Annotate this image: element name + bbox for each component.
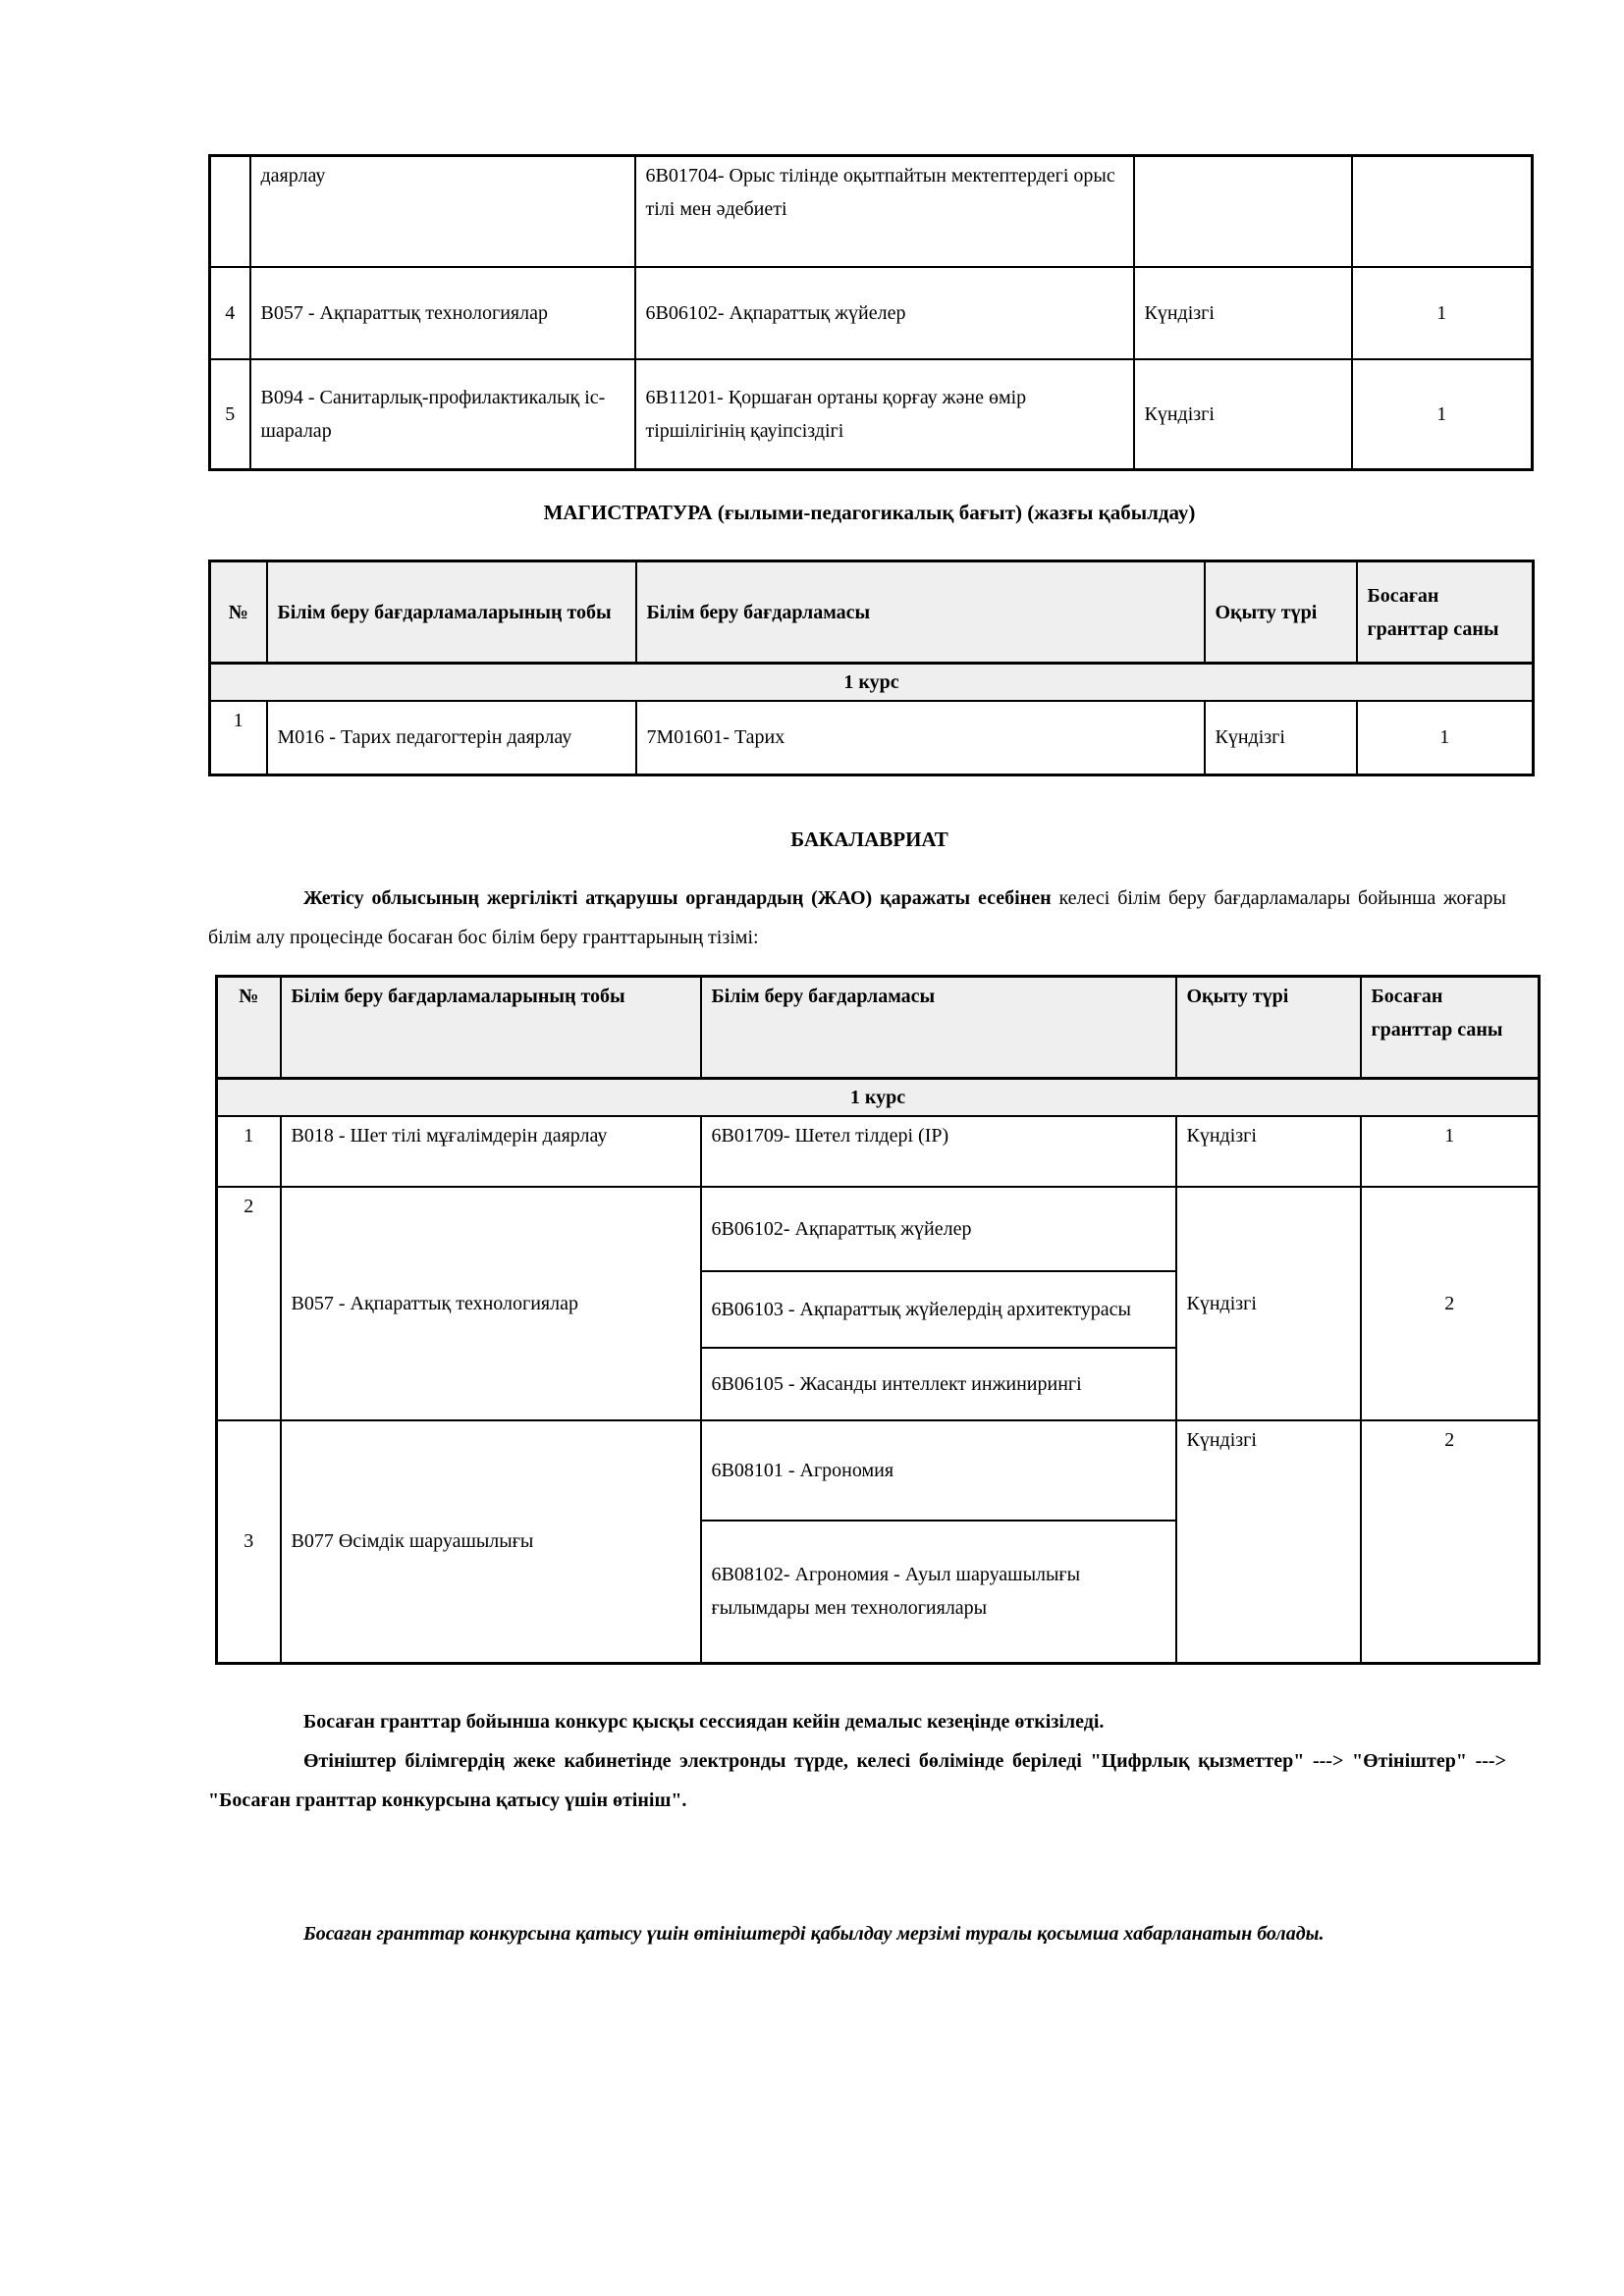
- table-row: 1 В018 - Шет тілі мұғалімдерін даярлау 6…: [217, 1116, 1540, 1187]
- magistratura-table: № Білім беру бағдарламаларының тобы Білі…: [208, 560, 1535, 776]
- cell-mode: Күндізгі: [1205, 701, 1357, 775]
- cell-program: 6В11201- Қоршаған ортаны қорғау және өмі…: [635, 359, 1134, 470]
- header-program: Білім беру бағдарламасы: [701, 977, 1176, 1079]
- cell-group: В077 Өсімдік шаруашылығы: [281, 1420, 701, 1664]
- cell-count: 2: [1361, 1187, 1540, 1420]
- cell-program: 6В06105 - Жасанды интеллект инжинирингі: [701, 1348, 1176, 1420]
- table-row: 5 В094 - Санитарлық-профилактикалық іс-ш…: [210, 359, 1533, 470]
- cell-count: 1: [1352, 359, 1533, 470]
- paragraph-deadline-notice: Босаған гранттар конкурсына қатысу үшін …: [208, 1914, 1520, 1953]
- cell-count: 2: [1361, 1420, 1540, 1664]
- cell-program: 7М01601- Тарих: [636, 701, 1205, 775]
- cell-mode: Күндізгі: [1176, 1187, 1361, 1420]
- table-row: даярлау 6В01704- Орыс тілінде оқытпайтын…: [210, 156, 1533, 267]
- cell-mode: Күндізгі: [1176, 1116, 1361, 1187]
- cell-mode: Күндізгі: [1176, 1420, 1361, 1664]
- header-group: Білім беру бағдарламаларының тобы: [281, 977, 701, 1079]
- cell-num: [210, 156, 250, 267]
- cell-count: 1: [1357, 701, 1534, 775]
- cell-group: В057 - Ақпараттық технологиялар: [281, 1187, 701, 1420]
- cell-group: В018 - Шет тілі мұғалімдерін даярлау: [281, 1116, 701, 1187]
- course-label: 1 курс: [217, 1079, 1540, 1116]
- table-row: 2 В057 - Ақпараттық технологиялар 6В0610…: [217, 1187, 1540, 1271]
- cell-num: 1: [217, 1116, 281, 1187]
- cell-mode: Күндізгі: [1134, 267, 1352, 359]
- cell-group: В057 - Ақпараттық технологиялар: [250, 267, 635, 359]
- table-header-row: № Білім беру бағдарламаларының тобы Білі…: [210, 561, 1534, 664]
- cell-group: даярлау: [250, 156, 635, 267]
- table-row: 1 М016 - Тарих педагогтерін даярлау 7М01…: [210, 701, 1534, 775]
- header-count: Босаған гранттар саны: [1357, 561, 1534, 664]
- cell-count: 1: [1361, 1116, 1540, 1187]
- header-program: Білім беру бағдарламасы: [636, 561, 1205, 664]
- cell-group: В094 - Санитарлық-профилактикалық іс-шар…: [250, 359, 635, 470]
- bakalavriat-table: № Білім беру бағдарламаларының тобы Білі…: [215, 975, 1541, 1665]
- header-num: №: [217, 977, 281, 1079]
- table-row: 4 В057 - Ақпараттық технологиялар 6В0610…: [210, 267, 1533, 359]
- intro-lead-text: Жетісу облысының жергілікті атқарушы орг…: [303, 887, 1052, 909]
- table-header-row: № Білім беру бағдарламаларының тобы Білі…: [217, 977, 1540, 1079]
- course-row: 1 курс: [210, 664, 1534, 701]
- intro-paragraph: Жетісу облысының жергілікті атқарушы орг…: [208, 879, 1520, 957]
- cell-num: 5: [210, 359, 250, 470]
- cell-num: 2: [217, 1187, 281, 1420]
- header-count: Босаған гранттар саны: [1361, 977, 1540, 1079]
- cell-program: 6В08101 - Агрономия: [701, 1420, 1176, 1521]
- cell-mode: Күндізгі: [1134, 359, 1352, 470]
- header-mode: Оқыту түрі: [1176, 977, 1361, 1079]
- table-row: 3 В077 Өсімдік шаруашылығы 6В08101 - Агр…: [217, 1420, 1540, 1521]
- magistratura-heading: МАГИСТРАТУРА (ғылыми-педагогикалық бағыт…: [208, 493, 1531, 532]
- top-continuation-table: даярлау 6В01704- Орыс тілінде оқытпайтын…: [208, 154, 1534, 471]
- cell-program: 6В08102- Агрономия - Ауыл шаруашылығы ғы…: [701, 1521, 1176, 1664]
- cell-mode: [1134, 156, 1352, 267]
- page-content: даярлау 6В01704- Орыс тілінде оқытпайтын…: [208, 154, 1532, 1953]
- cell-count: [1352, 156, 1533, 267]
- cell-num: 4: [210, 267, 250, 359]
- cell-program: 6В01704- Орыс тілінде оқытпайтын мектепт…: [635, 156, 1134, 267]
- header-group: Білім беру бағдарламаларының тобы: [267, 561, 636, 664]
- cell-num: 1: [210, 701, 267, 775]
- cell-program: 6В06102- Ақпараттық жүйелер: [701, 1187, 1176, 1271]
- header-num: №: [210, 561, 267, 664]
- course-label: 1 курс: [210, 664, 1534, 701]
- bakalavriat-heading: БАКАЛАВРИАТ: [208, 820, 1531, 859]
- paragraph-application-path: Өтініштер білімгердің жеке кабинетінде э…: [208, 1741, 1520, 1820]
- course-row: 1 курс: [217, 1079, 1540, 1116]
- header-mode: Оқыту түрі: [1205, 561, 1357, 664]
- cell-program: 6В06102- Ақпараттық жүйелер: [635, 267, 1134, 359]
- cell-program: 6В01709- Шетел тілдері (IP): [701, 1116, 1176, 1187]
- cell-count: 1: [1352, 267, 1533, 359]
- cell-num: 3: [217, 1420, 281, 1664]
- cell-group: М016 - Тарих педагогтерін даярлау: [267, 701, 636, 775]
- paragraph-contest-period: Босаған гранттар бойынша конкурс қысқы с…: [208, 1702, 1520, 1741]
- cell-program: 6В06103 - Ақпараттық жүйелердің архитект…: [701, 1271, 1176, 1348]
